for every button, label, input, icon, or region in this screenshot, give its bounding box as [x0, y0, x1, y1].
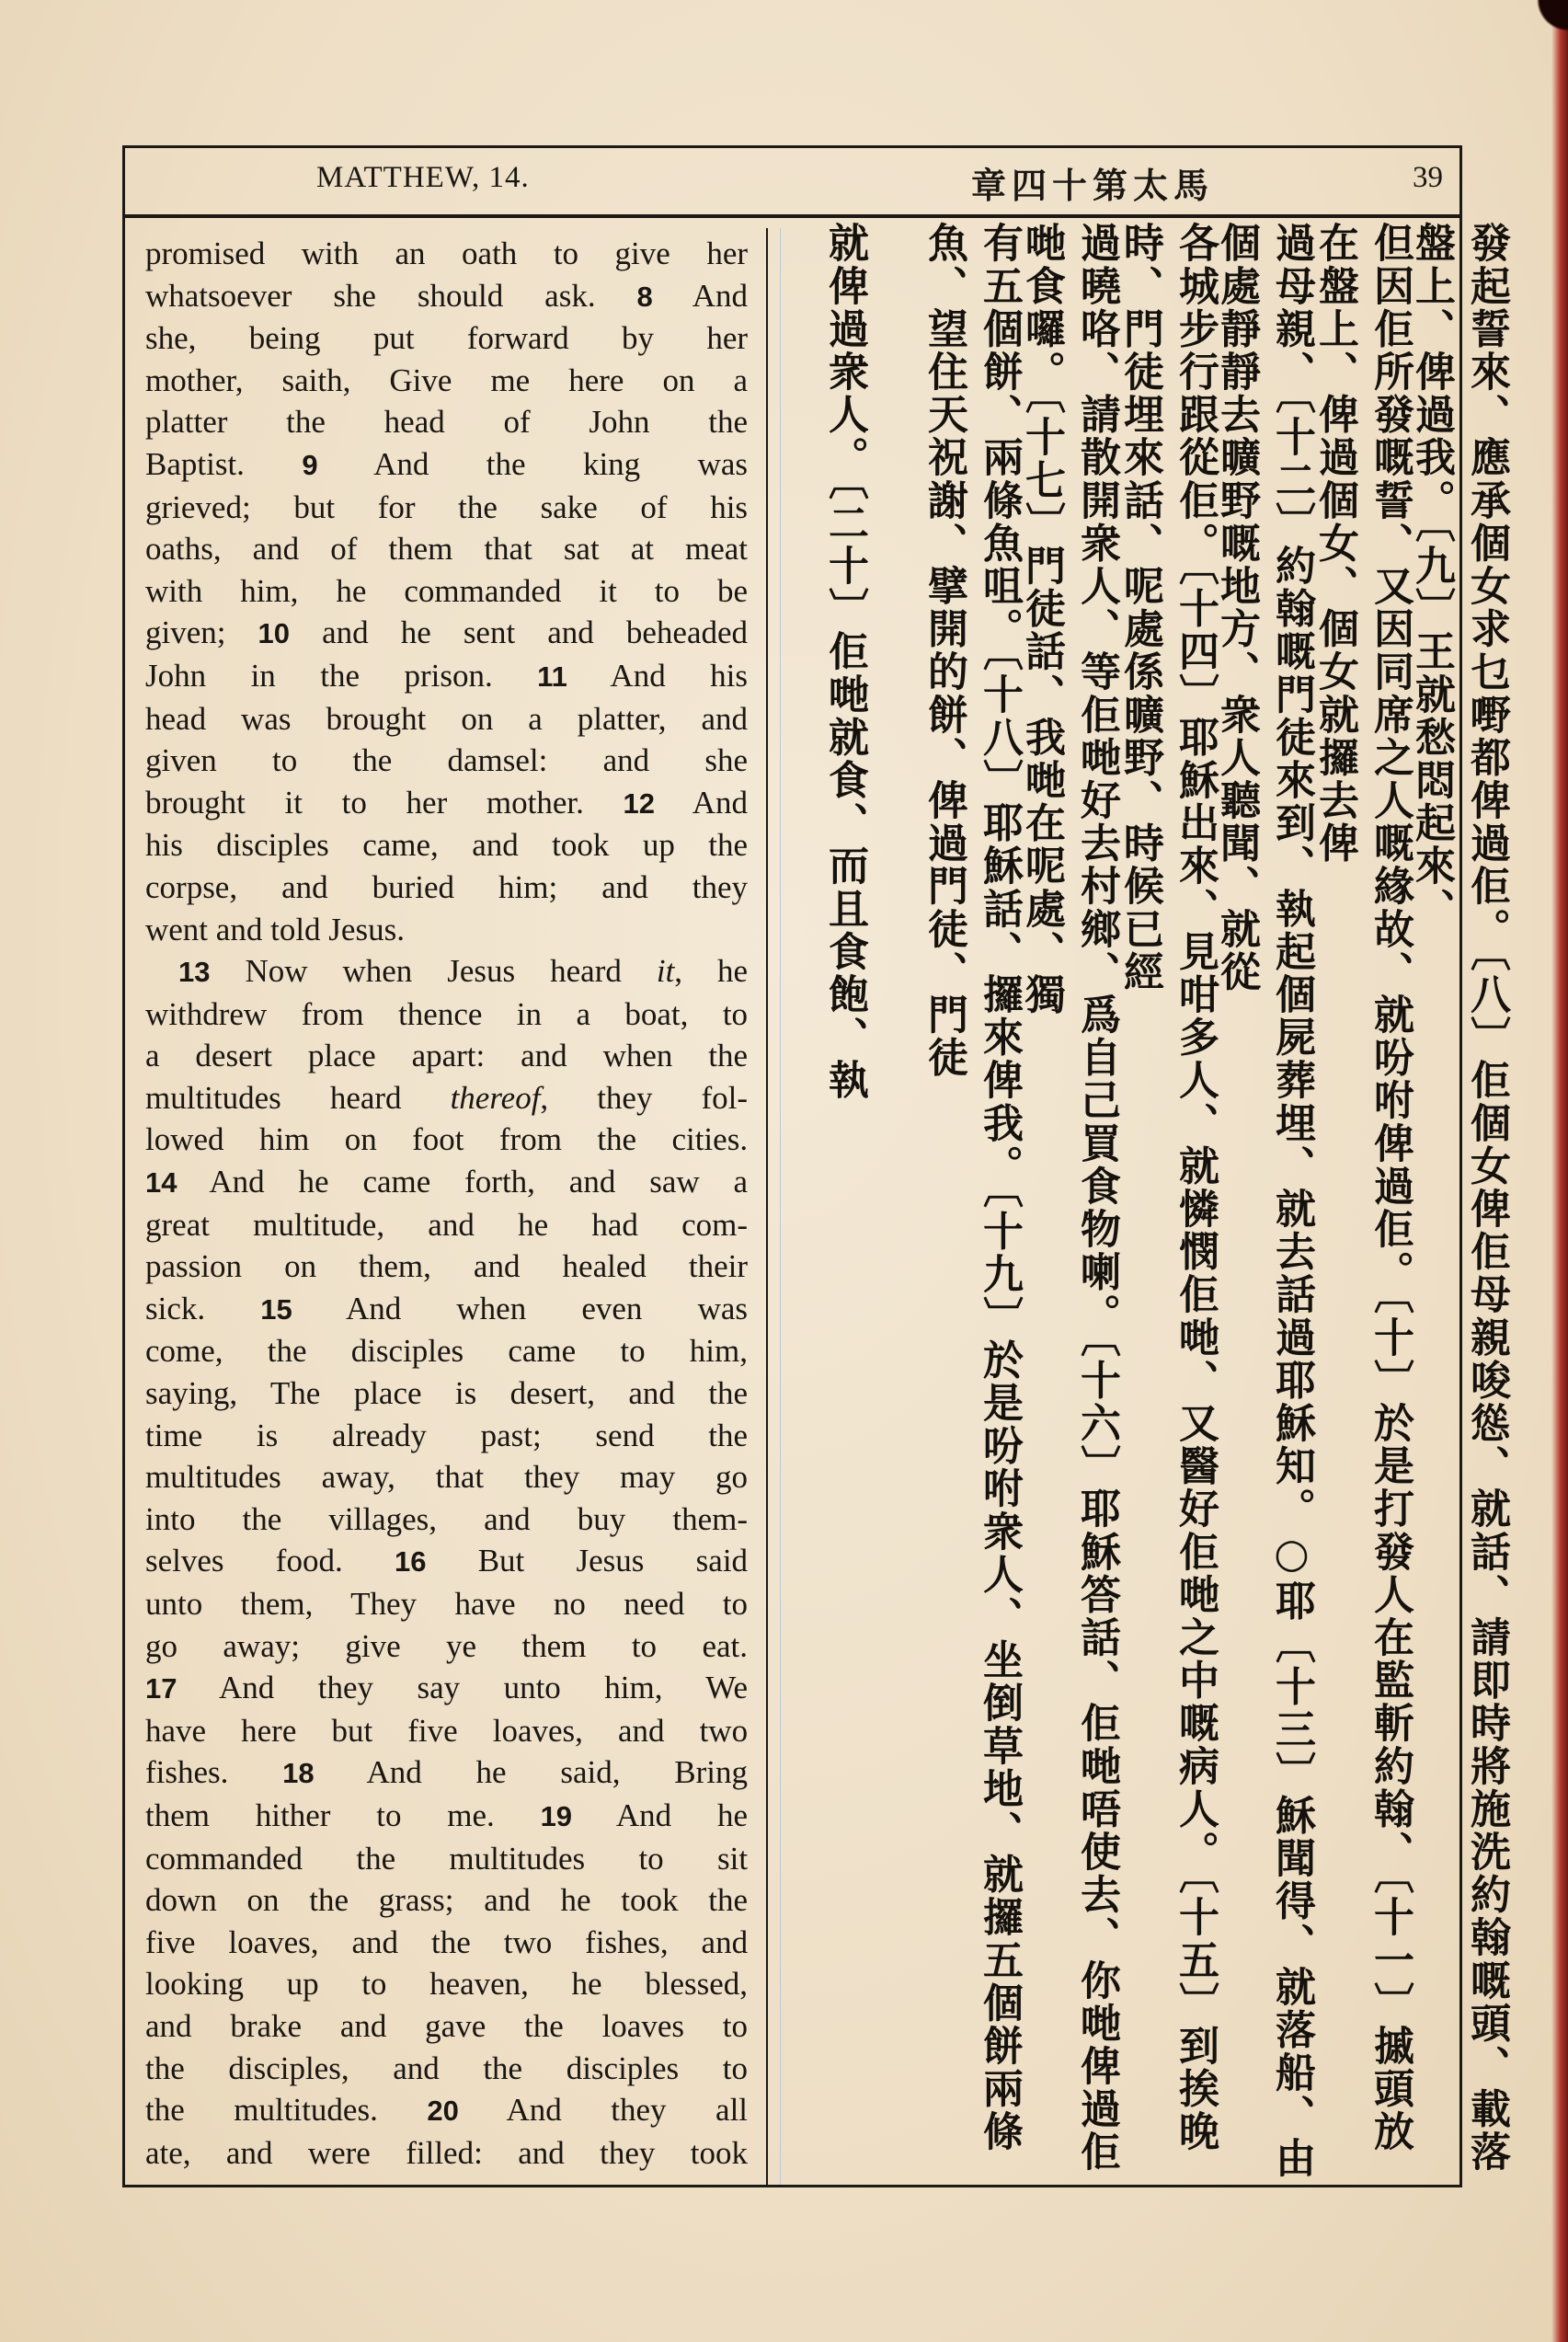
- english-line: selves food. 16 But Jesus said: [145, 1540, 748, 1583]
- english-line: grieved; but for the sake of his: [145, 487, 748, 529]
- english-line: great multitude, and he had com-: [145, 1204, 748, 1246]
- english-line: go away; give ye them to eat.: [145, 1625, 748, 1668]
- english-line: multitudes away, that they may go: [145, 1456, 748, 1498]
- page-frame: MATTHEW, 14. 章四十第太馬 39 promised with an …: [122, 145, 1462, 2187]
- english-line: have here but five loaves, and two: [145, 1710, 748, 1752]
- column-divider: [766, 228, 768, 2185]
- english-line: fishes. 18 And he said, Bring: [145, 1751, 748, 1795]
- english-line: sick. 15 And when even was: [145, 1288, 748, 1331]
- english-line: 13 Now when Jesus heard it, he: [145, 950, 748, 993]
- chinese-column-1: 發起誓來、應承個女求乜嘢都俾過佢。〔八〕佢個女俾佢母親唆慫、就話、請即時將施洗約…: [1403, 222, 1514, 2185]
- verse-number: 17: [145, 1672, 177, 1705]
- english-line: them hither to me. 19 And he: [145, 1795, 748, 1838]
- english-line: platter the head of John the: [145, 401, 748, 443]
- english-line: 14 And he came forth, and saw a: [145, 1161, 748, 1204]
- chinese-column-3: 過母親、〔十二〕約翰嘅門徒來到、執起個屍葬埋、就去話過耶穌知。○耶〔十三〕穌聞得…: [1208, 222, 1319, 2185]
- english-running-title: MATTHEW, 14.: [316, 161, 530, 195]
- english-line: lowed him on foot from the cities.: [145, 1119, 748, 1161]
- verse-number: 11: [537, 660, 567, 693]
- verse-number: 15: [260, 1293, 292, 1326]
- english-line: given to the damsel: and she: [145, 740, 748, 782]
- page-number: 39: [1413, 161, 1443, 195]
- chinese-column-6: 有五個餅、兩條魚咀。〔十八〕耶穌話、攞來俾我。〔十九〕於是吩咐衆人、坐倒草地、就…: [916, 222, 1026, 2185]
- english-line: oaths, and of them that sat at meat: [145, 528, 748, 570]
- english-line: given; 10 and he sent and beheaded: [145, 612, 748, 655]
- english-line: corpse, and buried him; and they: [145, 867, 748, 909]
- page-corner-shadow: [1531, 0, 1568, 37]
- page-edge: [1551, 0, 1568, 2342]
- english-line: with him, he commanded it to be: [145, 570, 748, 613]
- verse-number: 10: [258, 617, 290, 649]
- english-line: commanded the multitudes to sit: [145, 1838, 748, 1880]
- verse-number: 14: [145, 1166, 177, 1199]
- english-line: saying, The place is desert, and the: [145, 1372, 748, 1415]
- chinese-column-4: 各城步行跟從佢。〔十四〕耶穌出來、見咁多人、就憐憫佢哋、又醫好佢哋之中嘅病人。〔…: [1112, 222, 1222, 2185]
- verse-number: 8: [637, 281, 653, 313]
- verse-number: 16: [395, 1545, 426, 1578]
- verse-number: 12: [624, 787, 655, 820]
- english-line: his disciples came, and took up the: [145, 824, 748, 867]
- english-line: unto them, They have no need to: [145, 1583, 748, 1625]
- english-line: withdrew from thence in a boat, to: [145, 993, 748, 1036]
- english-line: five loaves, and the two fishes, and: [145, 1922, 748, 1964]
- english-line: time is already past; send the: [145, 1415, 748, 1457]
- verse-number: 19: [541, 1800, 572, 1832]
- english-line: come, the disciples came to him,: [145, 1330, 748, 1372]
- verse-number: 18: [282, 1757, 314, 1789]
- english-line: Baptist. 9 And the king was: [145, 443, 748, 487]
- english-line: the multitudes. 20 And they all: [145, 2089, 748, 2132]
- verse-number: 13: [178, 956, 210, 988]
- english-line: and brake and gave the loaves to: [145, 2005, 748, 2048]
- verse-number: 9: [302, 449, 317, 481]
- verse-number: 20: [427, 2095, 458, 2127]
- english-line: John in the prison. 11 And his: [145, 655, 748, 698]
- chinese-column-2: 但因佢所發嘅誓、又因同席之人嘅緣故、就吩咐俾過佢。〔十〕於是打發人在監斬約翰、〔…: [1307, 222, 1417, 2185]
- english-line: promised with an oath to give her: [145, 233, 748, 275]
- english-line: the disciples, and the disciples to: [145, 2048, 748, 2090]
- chinese-text-block: 發起誓來、應承個女求乜嘢都俾過佢。〔八〕佢個女俾佢母親唆慫、就話、請即時將施洗約…: [769, 222, 1459, 2185]
- english-line: 17 And they say unto him, We: [145, 1667, 748, 1710]
- chinese-column-7: 就俾過衆人。〔二十〕佢哋就食、而且食飽、執: [817, 222, 872, 1102]
- english-line: multitudes heard thereof, they fol-: [145, 1077, 748, 1119]
- english-line: mother, saith, Give me here on a: [145, 360, 748, 402]
- chinese-running-title: 章四十第太馬: [971, 157, 1214, 208]
- english-line: looking up to heaven, he blessed,: [145, 1963, 748, 2005]
- english-line: she, being put forward by her: [145, 317, 748, 360]
- english-line: brought it to her mother. 12 And: [145, 782, 748, 825]
- english-line: a desert place apart: and when the: [145, 1035, 748, 1077]
- english-line: ate, and were filled: and they took: [145, 2132, 748, 2175]
- chinese-column-5: 過曉咯、請散開衆人、等佢哋好去村鄉、爲自己買食物喇。〔十六〕耶穌答話、佢哋唔使去…: [1013, 222, 1124, 2185]
- english-line: head was brought on a platter, and: [145, 698, 748, 740]
- english-line: into the villages, and buy them-: [145, 1498, 748, 1541]
- english-line: down on the grass; and he took the: [145, 1879, 748, 1922]
- running-header: MATTHEW, 14. 章四十第太馬 39: [125, 148, 1459, 218]
- english-line: whatsoever she should ask. 8 And: [145, 275, 748, 318]
- english-line: passion on them, and healed their: [145, 1246, 748, 1288]
- english-text-column: promised with an oath to give herwhatsoe…: [145, 233, 748, 2174]
- english-line: went and told Jesus.: [145, 909, 748, 951]
